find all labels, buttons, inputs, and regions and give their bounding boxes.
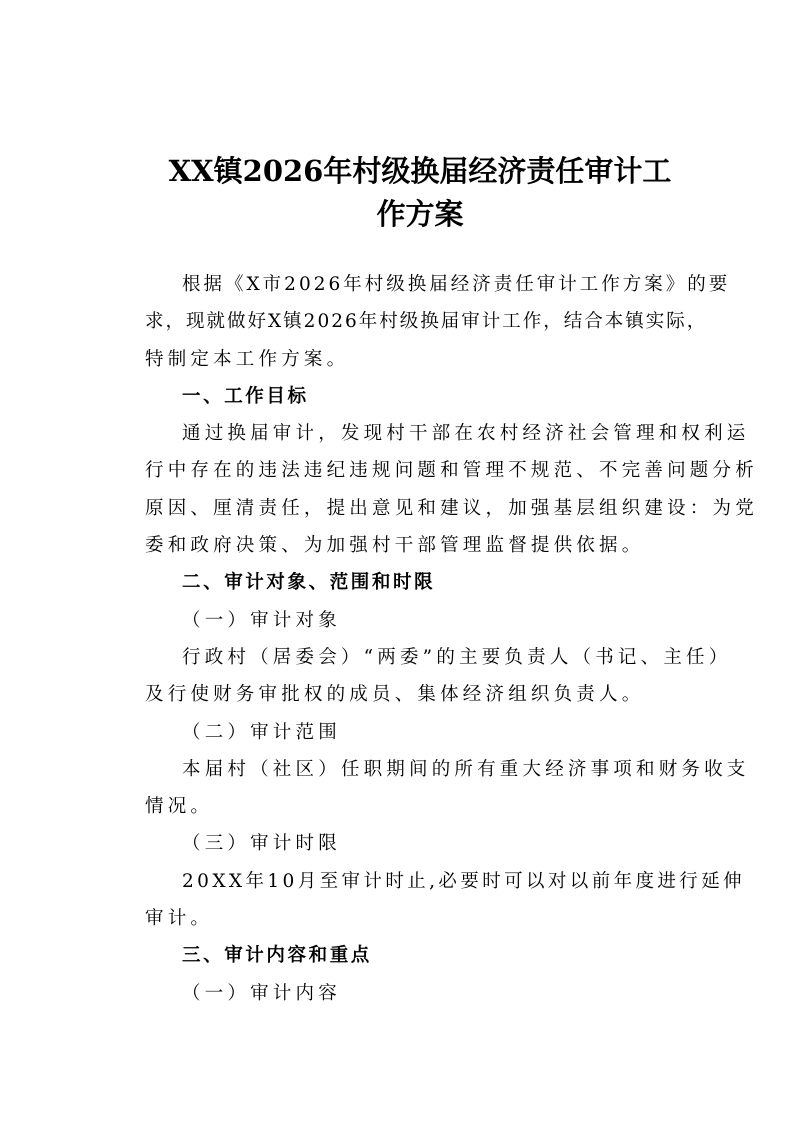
text-line: 及行使财务审批权的成员、集体经济组织负责人。 (108, 676, 688, 713)
section-heading-content: 三、审计内容和重点 (108, 937, 688, 974)
subheading-text: （三）审计时限 (108, 825, 688, 862)
subheading-text: （一）审计对象 (108, 602, 688, 639)
text-line: 求，现就做好X镇2026年村级换届审计工作，结合本镇实际， (108, 303, 688, 340)
text-line: 20XX年10月至审计时止,必要时可以对以前年度进行延伸 (108, 863, 688, 900)
document-body: 根据《X市2026年村级换届经济责任审计工作方案》的要 求，现就做好X镇2026… (108, 266, 688, 1012)
goals-paragraph: 通过换届审计，发现村干部在农村经济社会管理和权利运 行中存在的违法违纪违规问题和… (108, 415, 688, 564)
subheading-audit-content: （一）审计内容 (108, 975, 688, 1012)
heading-text: 二、审计对象、范围和时限 (108, 564, 688, 601)
document-page: XX镇2026年村级换届经济责任审计工 作方案 根据《X市2026年村级换届经济… (0, 0, 793, 1122)
subheading-audit-scope: （二）审计范围 (108, 714, 688, 751)
text-line: 本届村（社区）任职期间的所有重大经济事项和财务收支 (108, 751, 688, 788)
text-line: 通过换届审计，发现村干部在农村经济社会管理和权利运 (108, 415, 688, 452)
text-line: 情况。 (108, 788, 688, 825)
subheading-text: （二）审计范围 (108, 714, 688, 751)
audit-scope-paragraph: 本届村（社区）任职期间的所有重大经济事项和财务收支 情况。 (108, 751, 688, 826)
subheading-text: （一）审计内容 (108, 975, 688, 1012)
intro-paragraph: 根据《X市2026年村级换届经济责任审计工作方案》的要 求，现就做好X镇2026… (108, 266, 688, 378)
text-line: 委和政府决策、为加强村干部管理监督提供依据。 (108, 527, 688, 564)
title-line-2: 作方案 (140, 193, 700, 236)
audit-period-paragraph: 20XX年10月至审计时止,必要时可以对以前年度进行延伸 审计。 (108, 863, 688, 938)
title-line-1: XX镇2026年村级换届经济责任审计工 (140, 150, 700, 193)
section-heading-goals: 一、工作目标 (108, 378, 688, 415)
audit-objects-paragraph: 行政村（居委会）“两委”的主要负责人（书记、主任） 及行使财务审批权的成员、集体… (108, 639, 688, 714)
text-line: 行中存在的违法违纪违规问题和管理不规范、不完善问题分析 (108, 452, 688, 489)
section-heading-scope: 二、审计对象、范围和时限 (108, 564, 688, 601)
text-line: 原因、厘清责任，提出意见和建议，加强基层组织建设：为党 (108, 490, 688, 527)
subheading-audit-period: （三）审计时限 (108, 825, 688, 862)
text-line: 审计。 (108, 900, 688, 937)
heading-text: 三、审计内容和重点 (108, 937, 688, 974)
heading-text: 一、工作目标 (108, 378, 688, 415)
document-title: XX镇2026年村级换届经济责任审计工 作方案 (140, 150, 700, 236)
text-line: 根据《X市2026年村级换届经济责任审计工作方案》的要 (108, 266, 688, 303)
subheading-audit-objects: （一）审计对象 (108, 602, 688, 639)
text-line: 特制定本工作方案。 (108, 341, 688, 378)
text-line: 行政村（居委会）“两委”的主要负责人（书记、主任） (108, 639, 688, 676)
